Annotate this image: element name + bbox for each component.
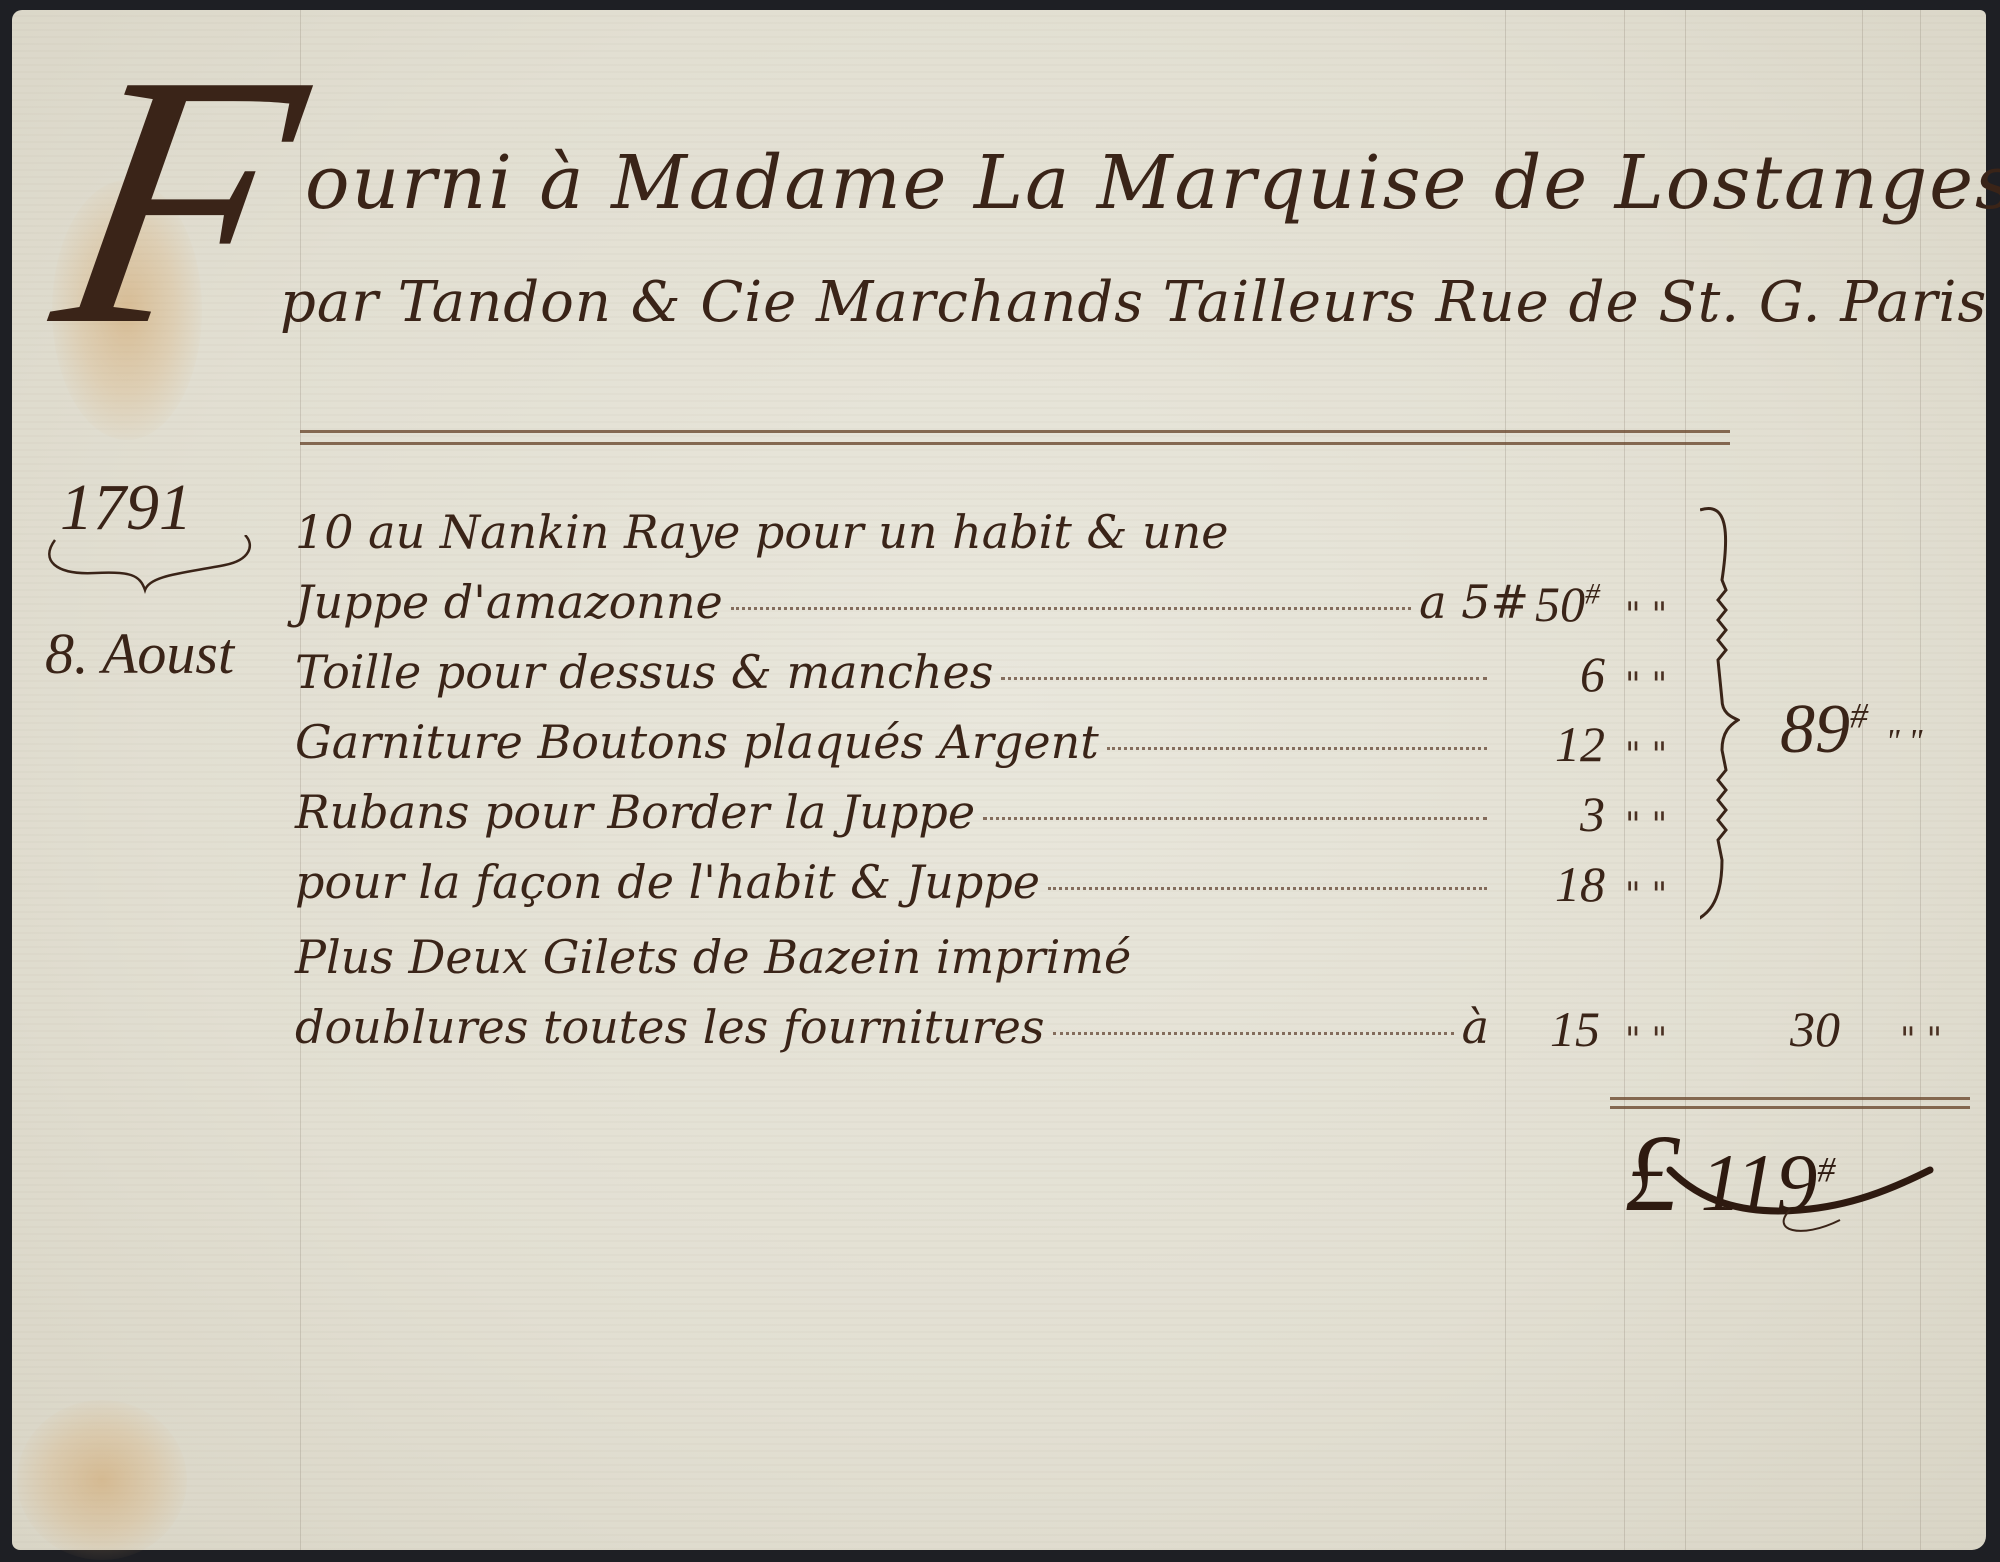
column-rule bbox=[1624, 10, 1625, 1550]
item-amount: 6 bbox=[1580, 645, 1605, 703]
column-rule bbox=[1685, 10, 1686, 1550]
item-rate: à bbox=[1462, 1000, 1489, 1054]
line-item: doublures toutes les fournitures à bbox=[295, 1000, 1495, 1054]
livre-symbol: # bbox=[1585, 577, 1600, 610]
dot-leader bbox=[1053, 1032, 1454, 1035]
total-flourish-icon bbox=[1660, 1160, 1940, 1240]
item-description: Plus Deux Gilets de Bazein imprimé bbox=[295, 930, 1131, 984]
column-rule bbox=[1920, 10, 1921, 1550]
dot-leader bbox=[731, 607, 1411, 610]
ditto-mark: " " bbox=[1625, 665, 1667, 705]
column-rule bbox=[1862, 10, 1863, 1550]
line-item: pour la façon de l'habit & Juppe bbox=[295, 855, 1495, 909]
column-rule bbox=[1505, 10, 1506, 1550]
line-item: 10 au Nankin Raye pour un habit & une bbox=[295, 505, 1495, 559]
ditto-mark: " " bbox=[1900, 1020, 1942, 1060]
subtotal-value: 89 bbox=[1780, 691, 1850, 768]
item-rate: a 5# bbox=[1419, 575, 1529, 629]
item-description: Rubans pour Border la Juppe bbox=[295, 785, 975, 839]
item-amount: 18 bbox=[1555, 855, 1605, 913]
item-description: pour la façon de l'habit & Juppe bbox=[295, 855, 1040, 909]
date-flourish-icon bbox=[35, 535, 255, 595]
paper-sheet bbox=[12, 10, 1986, 1550]
ditto-mark: " " bbox=[1625, 875, 1667, 915]
ditto-mark: " " bbox=[1625, 1020, 1667, 1060]
item-amount: 15 bbox=[1550, 1000, 1600, 1058]
header-double-rule bbox=[300, 430, 1730, 433]
dot-leader bbox=[1107, 747, 1487, 750]
dot-leader bbox=[983, 817, 1487, 820]
header-double-rule bbox=[300, 442, 1730, 445]
item-amount: 50# bbox=[1535, 575, 1600, 633]
line-item: Rubans pour Border la Juppe bbox=[295, 785, 1495, 839]
item-amount: 3 bbox=[1580, 785, 1605, 843]
item-description: Toille pour dessus & manches bbox=[295, 645, 993, 699]
extended-amount: 30 bbox=[1790, 1000, 1840, 1058]
line-item: Juppe d'amazonne a 5# bbox=[295, 575, 1535, 629]
total-double-rule bbox=[1610, 1106, 1970, 1109]
dot-leader bbox=[1001, 677, 1487, 680]
ditto-mark: " " bbox=[1886, 723, 1923, 760]
date-day: 8. Aoust bbox=[45, 620, 234, 687]
item-description: 10 au Nankin Raye pour un habit & une bbox=[295, 505, 1229, 559]
item-description: Garniture Boutons plaqués Argent bbox=[295, 715, 1099, 769]
ditto-mark: " " bbox=[1625, 735, 1667, 775]
margin-rule bbox=[300, 10, 301, 1550]
ditto-mark: " " bbox=[1625, 595, 1667, 635]
curly-brace-icon bbox=[1700, 500, 1740, 930]
item-description: doublures toutes les fournitures bbox=[295, 1000, 1045, 1054]
header-line-2: par Tandon & Cie Marchands Tailleurs Rue… bbox=[280, 270, 1987, 335]
livre-symbol: # bbox=[1850, 696, 1868, 736]
item-amount: 12 bbox=[1555, 715, 1605, 773]
line-item: Toille pour dessus & manches bbox=[295, 645, 1495, 699]
subtotal: 89# " " bbox=[1780, 690, 1923, 770]
total-double-rule bbox=[1610, 1097, 1970, 1100]
ditto-mark: " " bbox=[1625, 805, 1667, 845]
dot-leader bbox=[1048, 887, 1487, 890]
amount-value: 50 bbox=[1535, 576, 1585, 632]
item-description: Juppe d'amazonne bbox=[295, 575, 723, 629]
line-item: Garniture Boutons plaqués Argent bbox=[295, 715, 1495, 769]
header-line-1: ourni à Madame La Marquise de Lostanges bbox=[305, 140, 2000, 226]
foxing-stain-lower-left bbox=[17, 1400, 187, 1560]
line-item: Plus Deux Gilets de Bazein imprimé bbox=[295, 930, 1495, 984]
